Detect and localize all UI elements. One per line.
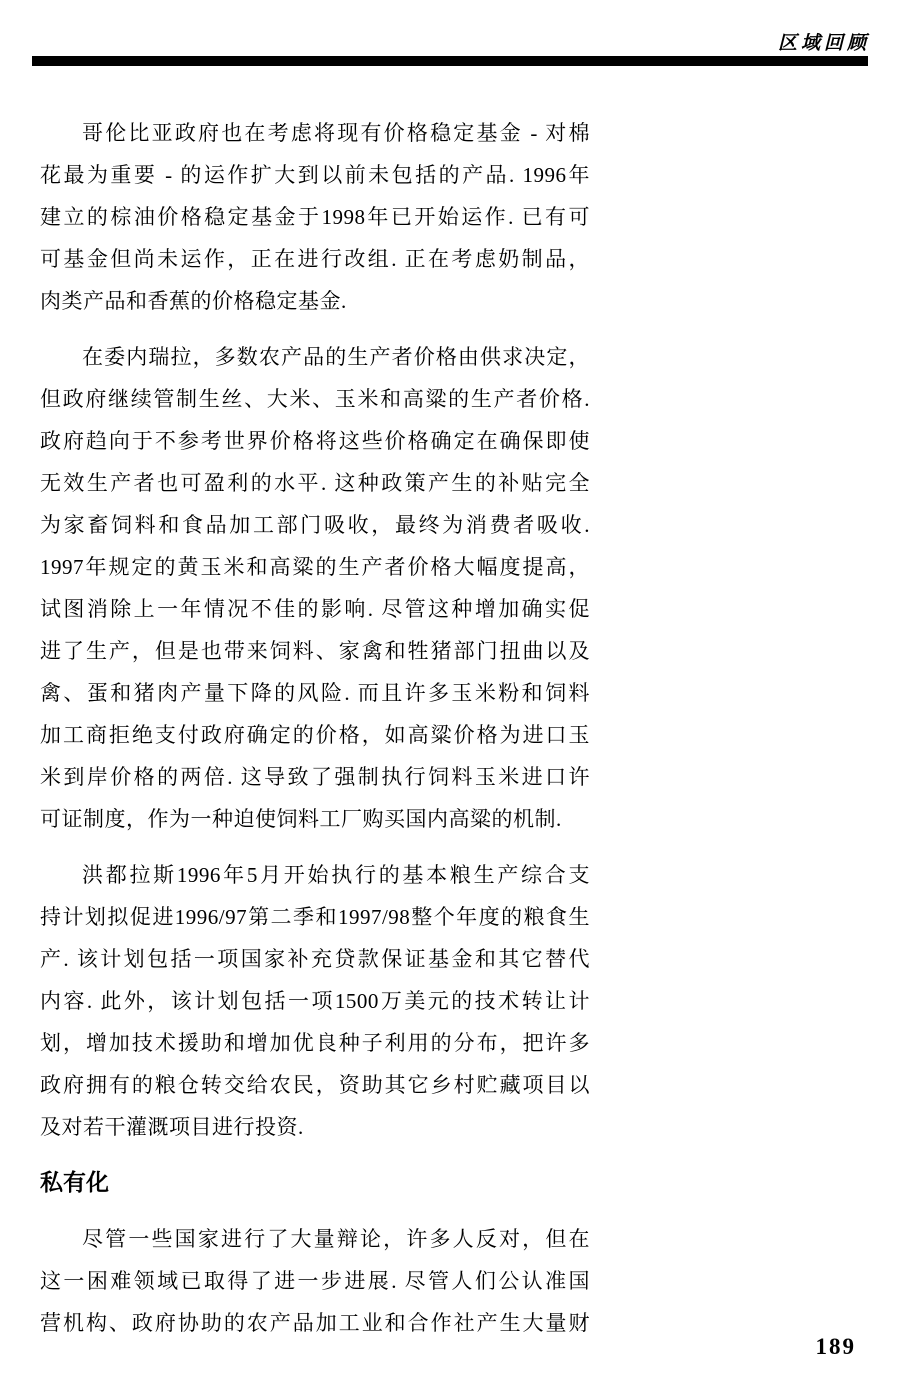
paragraph-line: 可基金但尚未运作，正在进行改组. 正在考虑奶制品， [40, 238, 590, 280]
page-body: 哥伦比亚政府也在考虑将现有价格稳定基金 - 对棉花最为重要 - 的运作扩大到以前… [40, 112, 590, 1358]
paragraph-line: 营机构、政府协助的农产品加工业和合作社产生大量财 [40, 1302, 590, 1344]
paragraph-line: 米到岸价格的两倍. 这导致了强制执行饲料玉米进口许 [40, 756, 590, 798]
paragraph-line: 但政府继续管制生丝、大米、玉米和高粱的生产者价格. [40, 378, 590, 420]
paragraph-line: 加工商拒绝支付政府确定的价格，如高粱价格为进口玉 [40, 714, 590, 756]
paragraph-line: 政府趋向于不参考世界价格将这些价格确定在确保即使 [40, 420, 590, 462]
document-page: 区域回顾 哥伦比亚政府也在考虑将现有价格稳定基金 - 对棉花最为重要 - 的运作… [0, 0, 900, 1400]
paragraph: 洪都拉斯1996年5月开始执行的基本粮生产综合支持计划拟促进1996/97第二季… [40, 854, 590, 1148]
paragraph-line: 政府拥有的粮仓转交给农民，资助其它乡村贮藏项目以 [40, 1064, 590, 1106]
paragraph-line: 禽、蛋和猪肉产量下降的风险. 而且许多玉米粉和饲料 [40, 672, 590, 714]
paragraph-line: 持计划拟促进1996/97第二季和1997/98整个年度的粮食生 [40, 896, 590, 938]
paragraph-line: 及对若干灌溉项目进行投资. [40, 1106, 590, 1148]
paragraph-line: 无效生产者也可盈利的水平. 这种政策产生的补贴完全 [40, 462, 590, 504]
header-rule [32, 56, 868, 66]
paragraph-line: 花最为重要 - 的运作扩大到以前未包括的产品. 1996年 [40, 154, 590, 196]
paragraph-line: 哥伦比亚政府也在考虑将现有价格稳定基金 - 对棉 [40, 112, 590, 154]
paragraph: 在委内瑞拉，多数农产品的生产者价格由供求决定，但政府继续管制生丝、大米、玉米和高… [40, 336, 590, 840]
page-number: 189 [816, 1334, 857, 1360]
paragraph-line: 划，增加技术援助和增加优良种子利用的分布，把许多 [40, 1022, 590, 1064]
paragraph-line: 1997年规定的黄玉米和高粱的生产者价格大幅度提高， [40, 546, 590, 588]
paragraph-line: 产. 该计划包括一项国家补充贷款保证基金和其它替代 [40, 938, 590, 980]
paragraph-line: 试图消除上一年情况不佳的影响. 尽管这种增加确实促 [40, 588, 590, 630]
paragraph-line: 洪都拉斯1996年5月开始执行的基本粮生产综合支 [40, 854, 590, 896]
paragraph-line: 尽管一些国家进行了大量辩论，许多人反对，但在 [40, 1218, 590, 1260]
running-header-title: 区域回顾 [778, 28, 870, 55]
paragraph-line: 可证制度，作为一种迫使饲料工厂购买国内高粱的机制. [40, 798, 590, 840]
paragraph-line: 进了生产，但是也带来饲料、家禽和牲猪部门扭曲以及 [40, 630, 590, 672]
paragraph-line: 肉类产品和香蕉的价格稳定基金. [40, 280, 590, 322]
paragraph-line: 为家畜饲料和食品加工部门吸收，最终为消费者吸收. [40, 504, 590, 546]
paragraph-line: 建立的棕油价格稳定基金于1998年已开始运作. 已有可 [40, 196, 590, 238]
paragraph: 哥伦比亚政府也在考虑将现有价格稳定基金 - 对棉花最为重要 - 的运作扩大到以前… [40, 112, 590, 322]
paragraph: 尽管一些国家进行了大量辩论，许多人反对，但在这一困难领域已取得了进一步进展. 尽… [40, 1218, 590, 1344]
paragraph-line: 内容. 此外，该计划包括一项1500万美元的技术转让计 [40, 980, 590, 1022]
section-heading: 私有化 [40, 1162, 590, 1204]
paragraph-line: 在委内瑞拉，多数农产品的生产者价格由供求决定， [40, 336, 590, 378]
paragraph-line: 这一困难领域已取得了进一步进展. 尽管人们公认准国 [40, 1260, 590, 1302]
